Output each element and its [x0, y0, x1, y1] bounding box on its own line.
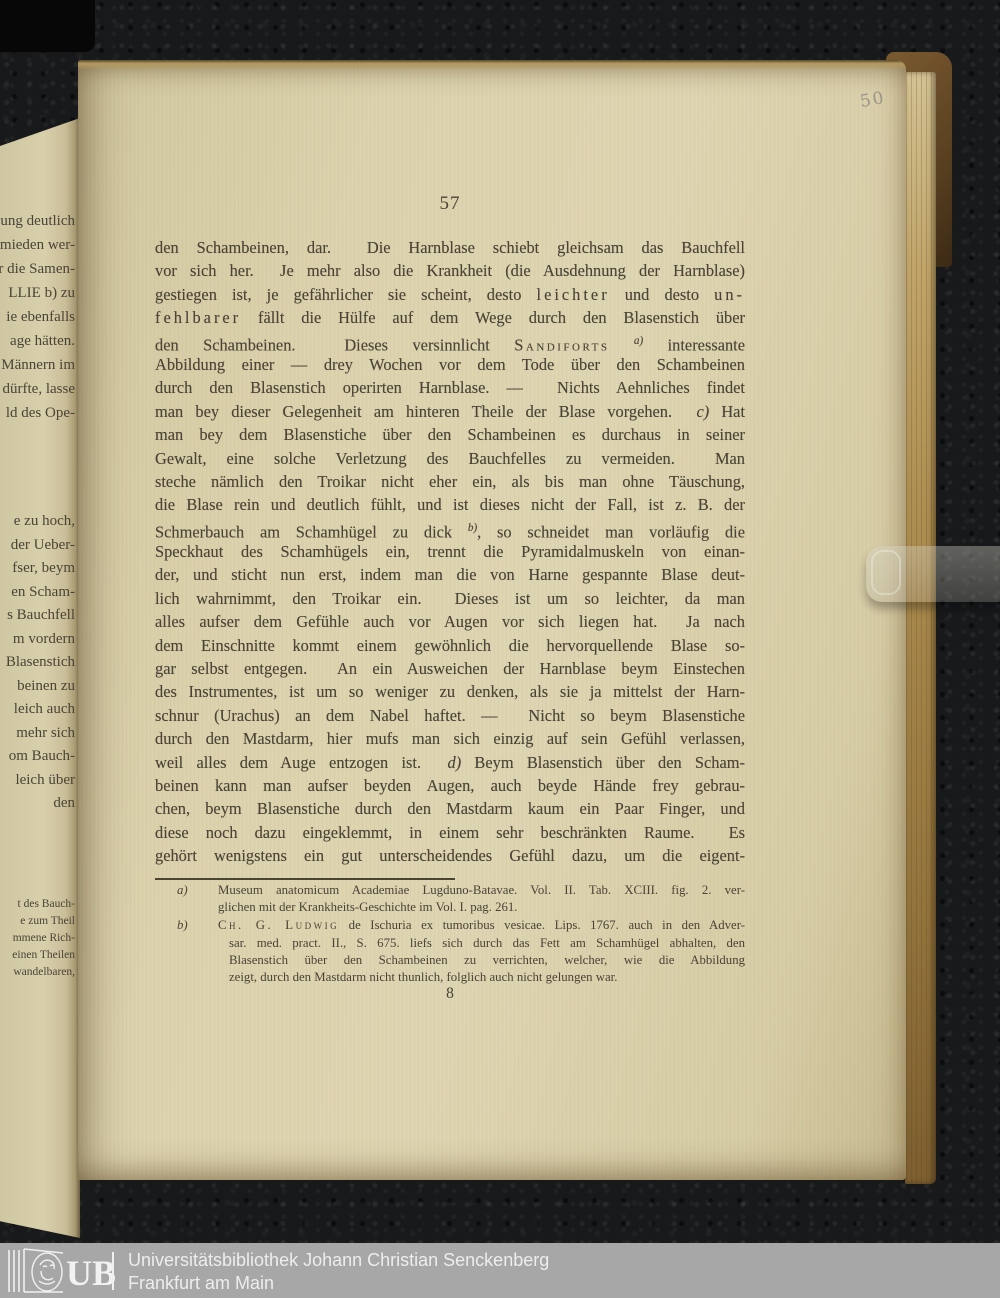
text-segment: leichter [537, 285, 610, 304]
body-text-line: steche nämlich den Troikar nicht eher ei… [155, 470, 745, 493]
cropped-text-fragment: LLIE b) zu [8, 285, 75, 302]
text-segment: a) [634, 335, 643, 347]
library-banner: UB Universitätsbibliothek Johann Christi… [0, 1243, 1000, 1298]
portrait-icon [32, 1253, 62, 1291]
page-content: 57 den Schambeinen, dar. Die Harnblase s… [155, 60, 745, 1180]
body-text-line: Speckhaut des Schamhügels ein, trennt di… [155, 540, 745, 563]
text-segment: vor sich her. Je mehr also die Krankheit… [155, 261, 745, 280]
body-text-line: gestiegen ist, je gefährlicher sie schei… [155, 283, 745, 306]
cropped-text-fragment: rmieden wer- [0, 237, 75, 254]
text-segment: alles aufser dem Gefühle auch vor Augen … [155, 612, 745, 631]
cropped-text-fragment: beinen zu [17, 678, 75, 695]
footnote: a)Museum anatomicum Academiae Lugduno-Ba… [177, 882, 745, 916]
body-text-line: vor sich her. Je mehr also die Krankheit… [155, 259, 745, 282]
text-segment: Beym Blasenstich über den Scham- [461, 753, 745, 772]
body-text-line: fehlbarer fällt die Hülfe auf dem Wege d… [155, 306, 745, 329]
cropped-text-fragment: m vordern [13, 631, 75, 648]
text-segment: Sandiforts [514, 335, 609, 354]
body-text-line: alles aufser dem Gefühle auch vor Augen … [155, 610, 745, 633]
text-segment: Schmerbauch am Schamhügel zu dick [155, 522, 468, 541]
ub-logo: UB [6, 1247, 116, 1294]
text-segment: gestiegen ist, je gefährlicher sie schei… [155, 285, 537, 304]
text-segment: und desto [610, 285, 714, 304]
cropped-text-fragment: en Scham- [11, 584, 75, 601]
footnote-line: a)Museum anatomicum Academiae Lugduno-Ba… [177, 882, 745, 899]
body-text-line: gar selbst entgegen. An ein Ausweichen d… [155, 657, 745, 680]
footnote: b)Ch. G. Ludwig de Ischuria ex tumoribus… [177, 917, 745, 986]
text-segment: zeigt, durch den Mastdarm nicht thunlich… [229, 970, 617, 984]
cropped-text-fragment: om Bauch- [9, 748, 75, 765]
body-text-line: gehört wenigstens ein gut unterscheidend… [155, 844, 745, 867]
text-segment: man bey dem Blasenstiche über den Schamb… [155, 425, 745, 444]
cropped-text-fragment: fser, beym [12, 560, 75, 577]
page-edge-stack [905, 72, 936, 1184]
cropped-text-fragment: dürfte, lasse [3, 381, 75, 398]
cropped-text-fragment: s Bauchfell [7, 607, 75, 624]
footnote-separator-rule [155, 878, 455, 880]
text-segment: man bey dieser Gelegenheit am hinteren T… [155, 402, 696, 421]
text-segment: durch den Blasenstich operirten Harnblas… [155, 378, 745, 397]
cropped-text-fragment: ld des Ope- [6, 405, 75, 422]
transparent-holding-strap [866, 546, 1000, 602]
body-text: den Schambeinen, dar. Die Harnblase schi… [155, 236, 745, 868]
text-segment: Speckhaut des Schamhügels ein, trennt di… [155, 542, 745, 561]
text-segment: Museum anatomicum Academiae Lugduno-Bata… [218, 883, 745, 897]
body-text-line: durch den Mastdarm, hier mufs man sich e… [155, 727, 745, 750]
footnote-marker: a) [177, 882, 218, 899]
body-text-line: schnur (Urachus) an dem Nabel haftet. — … [155, 704, 745, 727]
footnote-marker: b) [177, 917, 218, 934]
text-segment: un- [714, 285, 745, 304]
body-text-line: man bey dieser Gelegenheit am hinteren T… [155, 400, 745, 423]
text-segment: weil alles dem Auge entzogen ist. [155, 753, 448, 772]
footnote-line: sar. med. pract. II., S. 675. liefs sich… [177, 935, 745, 952]
handwritten-folio-number: 50 [858, 88, 887, 112]
text-segment: gehört wenigstens ein gut unterscheidend… [155, 846, 745, 865]
text-segment: schnur (Urachus) an dem Nabel haftet. — … [155, 706, 745, 725]
text-segment: des Instrumentes, ist um so weniger zu d… [155, 682, 745, 701]
book-scan-scene: ung deutlichrmieden wer-r die Samen-LLIE… [0, 0, 1000, 1298]
body-text-line: die Blase rein und deutlich fühlt, und i… [155, 493, 745, 516]
text-segment: Gewalt, eine solche Verletzung des Bauch… [155, 449, 745, 468]
library-name-line2: Frankfurt am Main [128, 1272, 549, 1295]
body-text-line: beinen kann man aufser beyden Augen, auc… [155, 774, 745, 797]
body-text-line: den Schambeinen, dar. Die Harnblase schi… [155, 236, 745, 259]
text-segment: Abbildung einer — drey Wochen vor dem To… [155, 355, 745, 374]
cropped-text-fragment: ie ebenfalls [6, 309, 75, 326]
text-segment: b) [468, 522, 477, 534]
text-segment: diese noch dazu eingeklemmt, in einem se… [155, 823, 745, 842]
text-segment: , so schneidet man vorläufig die [477, 522, 745, 541]
text-segment: chen, beym Blasenstiche durch den Mastda… [155, 799, 745, 818]
text-segment: Ch. G. Ludwig [218, 918, 339, 932]
cropped-text-fragment: Blasenstich [6, 654, 75, 671]
cropped-text-fragment: einen Theilen [12, 949, 75, 961]
text-segment: Blasenstich über den Schambeinen zu verr… [229, 953, 745, 967]
text-segment: der, und sticht nun erst, indem man die … [155, 565, 745, 584]
cropped-text-fragment: e zum Theil [20, 915, 75, 927]
cropped-text-fragment: wandelbaren, [13, 966, 75, 978]
text-segment: fehlbarer [155, 308, 241, 327]
text-segment: gar selbst entgegen. An ein Ausweichen d… [155, 659, 745, 678]
body-text-line: des Instrumentes, ist um so weniger zu d… [155, 680, 745, 703]
body-text-line: Schmerbauch am Schamhügel zu dick b), so… [155, 517, 745, 540]
text-segment: den Schambeinen, dar. Die Harnblase schi… [155, 238, 745, 257]
cropped-text-fragment: Männern im [1, 357, 75, 374]
text-segment: den Schambeinen. Dieses versinnlicht [155, 335, 514, 354]
cropped-text-fragment: e zu hoch, [14, 513, 75, 530]
cropped-text-fragment: leich über [15, 772, 75, 789]
cropped-text-fragment: mehr sich [16, 725, 75, 742]
text-segment: interessante [643, 335, 745, 354]
facing-page-edge: ung deutlichrmieden wer-r die Samen-LLIE… [0, 118, 80, 1238]
footnote-line: Blasenstich über den Schambeinen zu verr… [177, 952, 745, 969]
body-text-line: man bey dem Blasenstiche über den Schamb… [155, 423, 745, 446]
printed-page-number: 57 [155, 193, 745, 215]
footnote-line: b)Ch. G. Ludwig de Ischuria ex tumoribus… [177, 917, 745, 934]
cover-corner-shadow [0, 0, 95, 52]
footnote-line: glichen mit der Krankheits-Geschichte im… [177, 899, 745, 916]
cropped-text-fragment: mmene Rich- [13, 932, 75, 944]
text-segment: glichen mit der Krankheits-Geschichte im… [218, 900, 517, 914]
text-segment: durch den Mastdarm, hier mufs man sich e… [155, 729, 745, 748]
text-segment: lich wahrnimmt, den Troikar ein. Dieses … [155, 589, 745, 608]
text-segment: Hat [709, 402, 745, 421]
text-segment: steche nämlich den Troikar nicht eher ei… [155, 472, 745, 491]
ub-logo-text: UB [66, 1253, 116, 1293]
footnote-line: zeigt, durch den Mastdarm nicht thunlich… [177, 969, 745, 986]
text-segment: fällt die Hülfe auf dem Wege durch den B… [241, 308, 745, 327]
body-text-line: diese noch dazu eingeklemmt, in einem se… [155, 821, 745, 844]
text-segment: de Ischuria ex tumoribus vesicae. Lips. … [339, 918, 745, 932]
signature-mark: 8 [155, 985, 745, 1003]
text-segment: dem Einschnitte kommt einem gewöhnlich d… [155, 636, 745, 655]
text-segment: c) [696, 402, 709, 421]
text-segment [609, 335, 633, 354]
cropped-text-fragment: leich auch [14, 701, 75, 718]
book-page: 50 57 den Schambeinen, dar. Die Harnblas… [78, 60, 906, 1180]
body-text-line: den Schambeinen. Dieses versinnlicht San… [155, 330, 745, 353]
text-segment: beinen kann man aufser beyden Augen, auc… [155, 776, 745, 795]
body-text-line: Abbildung einer — drey Wochen vor dem To… [155, 353, 745, 376]
footnotes: a)Museum anatomicum Academiae Lugduno-Ba… [177, 882, 745, 987]
body-text-line: lich wahrnimmt, den Troikar ein. Dieses … [155, 587, 745, 610]
text-segment: sar. med. pract. II., S. 675. liefs sich… [229, 936, 745, 950]
cropped-text-fragment: t des Bauch- [18, 898, 75, 910]
body-text-line: Gewalt, eine solche Verletzung des Bauch… [155, 447, 745, 470]
library-name-line1: Universitätsbibliothek Johann Christian … [128, 1249, 549, 1272]
body-text-line: weil alles dem Auge entzogen ist. d) Bey… [155, 751, 745, 774]
text-segment: die Blase rein und deutlich fühlt, und i… [155, 495, 745, 514]
cropped-text-fragment: r die Samen- [0, 261, 75, 278]
cropped-text-fragment: age hätten. [10, 333, 75, 350]
body-text-line: der, und sticht nun erst, indem man die … [155, 563, 745, 586]
body-text-line: dem Einschnitte kommt einem gewöhnlich d… [155, 634, 745, 657]
cropped-text-fragment: den [53, 795, 75, 812]
cropped-text-fragment: der Ueber- [11, 537, 75, 554]
cropped-text-fragment: ung deutlich [0, 213, 75, 230]
text-segment: d) [448, 753, 462, 772]
library-name: Universitätsbibliothek Johann Christian … [128, 1249, 549, 1294]
body-text-line: chen, beym Blasenstiche durch den Mastda… [155, 797, 745, 820]
body-text-line: durch den Blasenstich operirten Harnblas… [155, 376, 745, 399]
